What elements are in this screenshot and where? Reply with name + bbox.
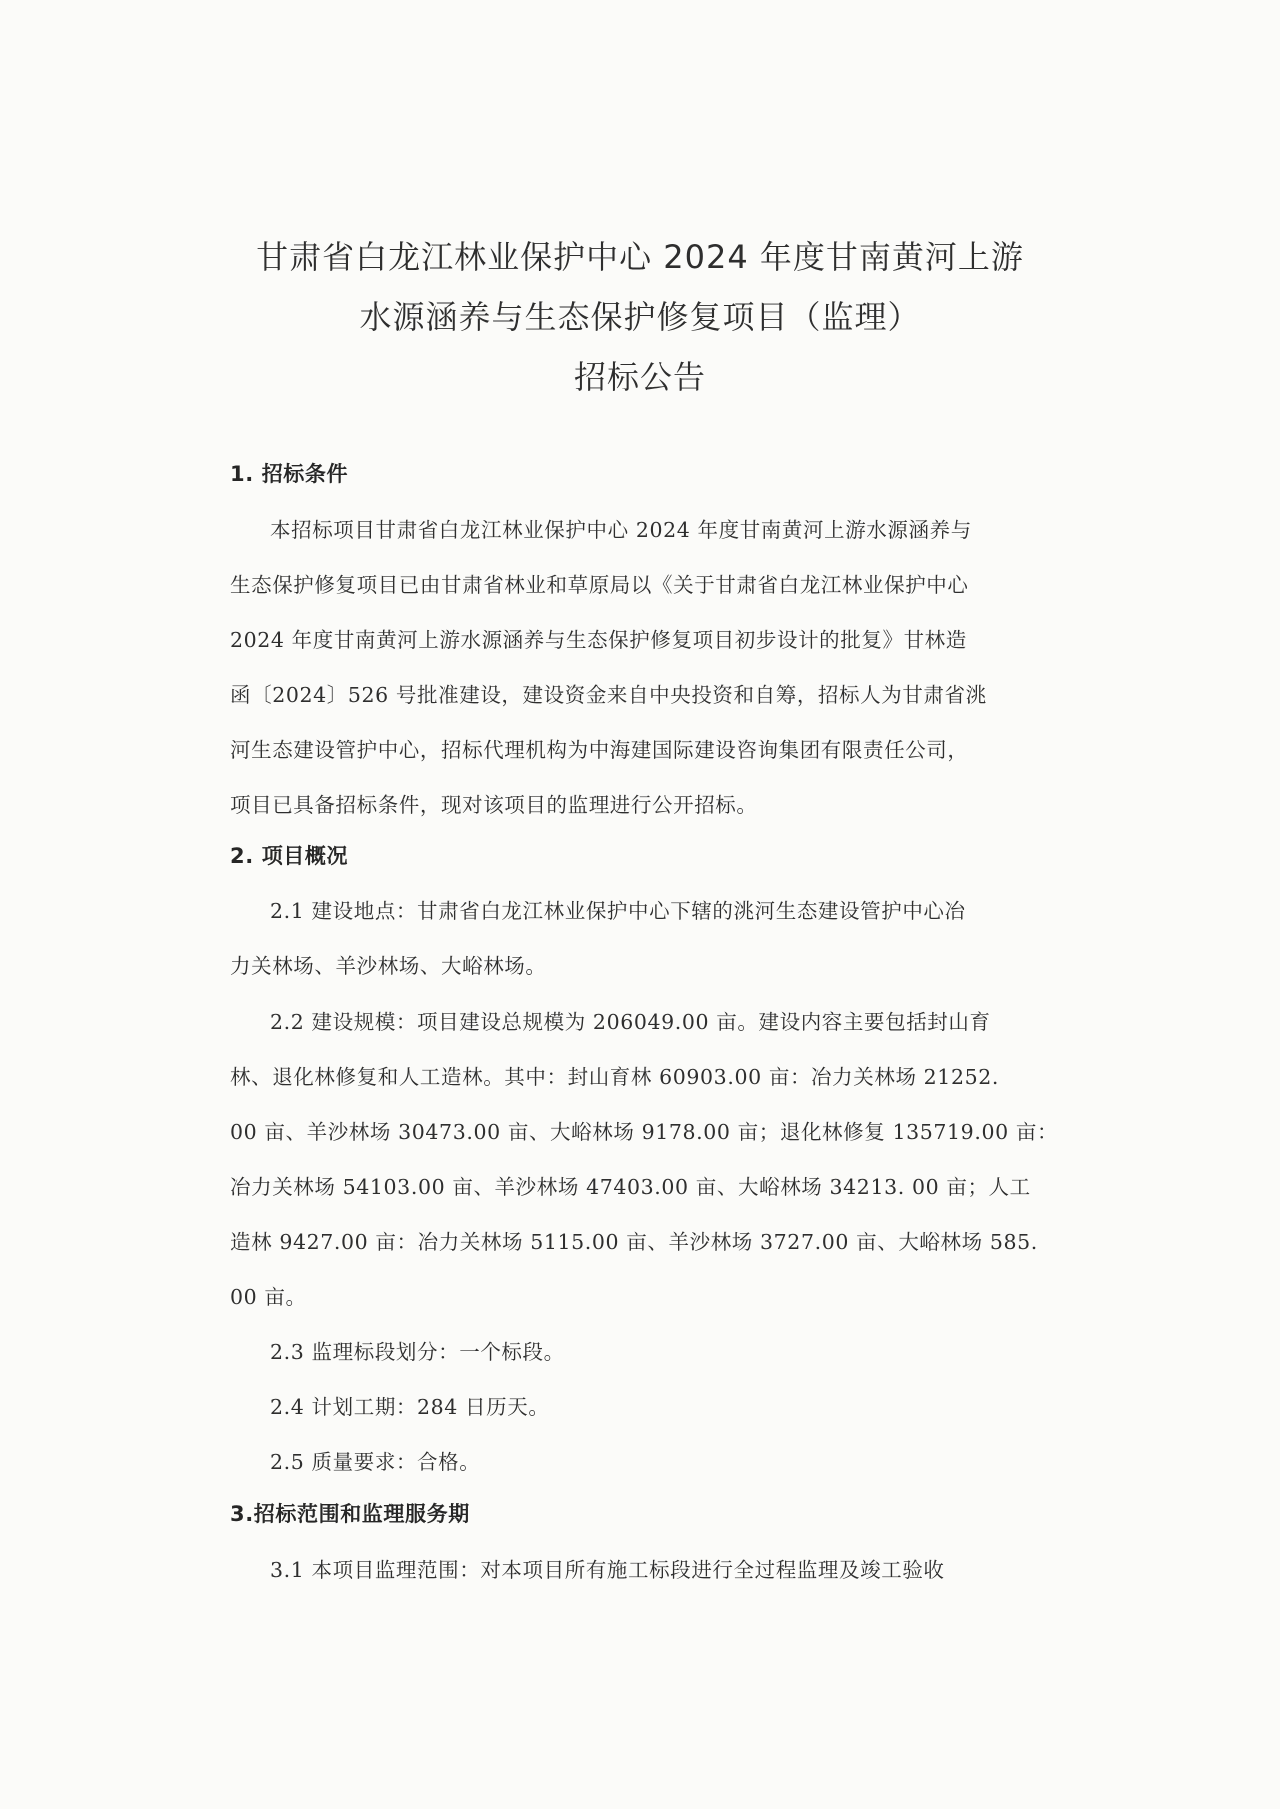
paragraph-line: 00 亩。 bbox=[230, 1280, 307, 1310]
paragraph-line: 本招标项目甘肃省白龙江林业保护中心 2024 年度甘南黄河上游水源涵养与 bbox=[270, 513, 972, 543]
section-heading-3: 3.招标范围和监理服务期 bbox=[230, 1498, 470, 1528]
paragraph-line: 00 亩、羊沙林场 30473.00 亩、大峪林场 9178.00 亩；退化林修… bbox=[230, 1115, 1058, 1145]
section-heading-1: 1. 招标条件 bbox=[230, 458, 348, 488]
paragraph-line: 生态保护修复项目已由甘肃省林业和草原局以《关于甘肃省白龙江林业保护中心 bbox=[230, 568, 969, 598]
paragraph-line: 函〔2024〕526 号批准建设，建设资金来自中央投资和自筹，招标人为甘肃省洮 bbox=[230, 678, 987, 708]
paragraph-line: 造林 9427.00 亩：冶力关林场 5115.00 亩、羊沙林场 3727.0… bbox=[230, 1225, 1038, 1255]
paragraph-line: 3.1 本项目监理范围：对本项目所有施工标段进行全过程监理及竣工验收 bbox=[270, 1553, 945, 1583]
paragraph-line: 2.4 计划工期：284 日历天。 bbox=[270, 1390, 549, 1420]
document-page: 甘肃省白龙江林业保护中心 2024 年度甘南黄河上游 水源涵养与生态保护修复项目… bbox=[0, 0, 1280, 1809]
paragraph-line: 2.5 质量要求：合格。 bbox=[270, 1445, 480, 1475]
document-title-line-1: 甘肃省白龙江林业保护中心 2024 年度甘南黄河上游 bbox=[0, 232, 1280, 278]
paragraph-line: 林、退化林修复和人工造林。其中：封山育林 60903.00 亩：冶力关林场 21… bbox=[230, 1060, 999, 1090]
paragraph-line: 2.2 建设规模：项目建设总规模为 206049.00 亩。建设内容主要包括封山… bbox=[270, 1005, 991, 1035]
paragraph-line: 力关林场、羊沙林场、大峪林场。 bbox=[230, 949, 547, 979]
document-title-line-3: 招标公告 bbox=[0, 352, 1280, 398]
paragraph-line: 河生态建设管护中心，招标代理机构为中海建国际建设咨询集团有限责任公司， bbox=[230, 733, 969, 763]
document-title-line-2: 水源涵养与生态保护修复项目（监理） bbox=[0, 292, 1280, 338]
paragraph-line: 2.1 建设地点：甘肃省白龙江林业保护中心下辖的洮河生态建设管护中心冶 bbox=[270, 894, 966, 924]
paragraph-line: 2024 年度甘南黄河上游水源涵养与生态保护修复项目初步设计的批复》甘林造 bbox=[230, 623, 967, 653]
paragraph-line: 2.3 监理标段划分：一个标段。 bbox=[270, 1335, 565, 1365]
paragraph-line: 项目已具备招标条件，现对该项目的监理进行公开招标。 bbox=[230, 788, 758, 818]
paragraph-line: 冶力关林场 54103.00 亩、羊沙林场 47403.00 亩、大峪林场 34… bbox=[230, 1170, 1031, 1200]
section-heading-2: 2. 项目概况 bbox=[230, 840, 348, 870]
